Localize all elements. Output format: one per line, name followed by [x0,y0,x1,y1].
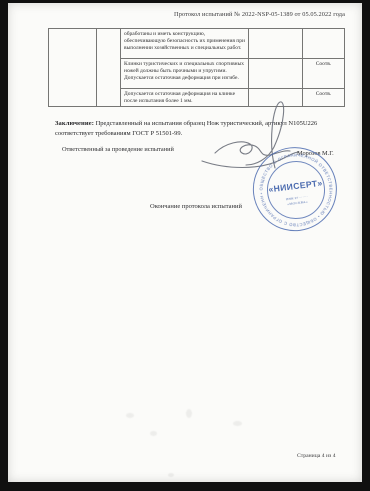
niisert-stamp: • ОБЩЕСТВО С ОГРАНИЧЕННОЙ ОТВЕТСТВЕННОСТ… [248,142,344,238]
scan-noise [186,409,192,418]
protocol-end-line: Окончание протокола испытаний [150,203,242,210]
table-cell-requirement: обработаны и иметь конструкцию, обеспечи… [121,29,249,59]
table-cell-requirement: Клинки туристических и специальных спорт… [121,59,249,89]
table-cell-clause [97,29,121,107]
conclusion-text: Представленный на испытания образец Нож … [55,120,317,137]
table-cell-value [249,29,303,59]
table-cell-requirement: Допускается остаточная деформация на кли… [121,89,249,107]
responsible-label: Ответственный за проведение испытаний [62,146,174,153]
conclusion-paragraph: Заключение: Представленный на испытания … [55,119,351,139]
table-cell-value [249,59,303,89]
scan-noise [168,473,174,477]
table-cell-result: Соотв. [303,89,345,107]
table-cell-result [303,29,345,59]
table-cell-section [49,29,97,107]
scan-noise [233,421,242,426]
page-number: Страница 4 из 4 [297,453,336,459]
requirements-table: обработаны и иметь конструкцию, обеспечи… [48,28,345,107]
table-cell-result: Соотв. [303,59,345,89]
document-page: Протокол испытаний № 2022-NSP-05-1389 от… [8,3,362,482]
scan-noise [126,413,134,418]
scan-noise [150,431,157,436]
table-cell-value [249,89,303,107]
document-scan: Протокол испытаний № 2022-NSP-05-1389 от… [0,0,370,491]
table-row: обработаны и иметь конструкцию, обеспечи… [49,29,345,59]
conclusion-label: Заключение: [55,120,94,127]
protocol-header: Протокол испытаний № 2022-NSP-05-1389 от… [174,11,345,18]
